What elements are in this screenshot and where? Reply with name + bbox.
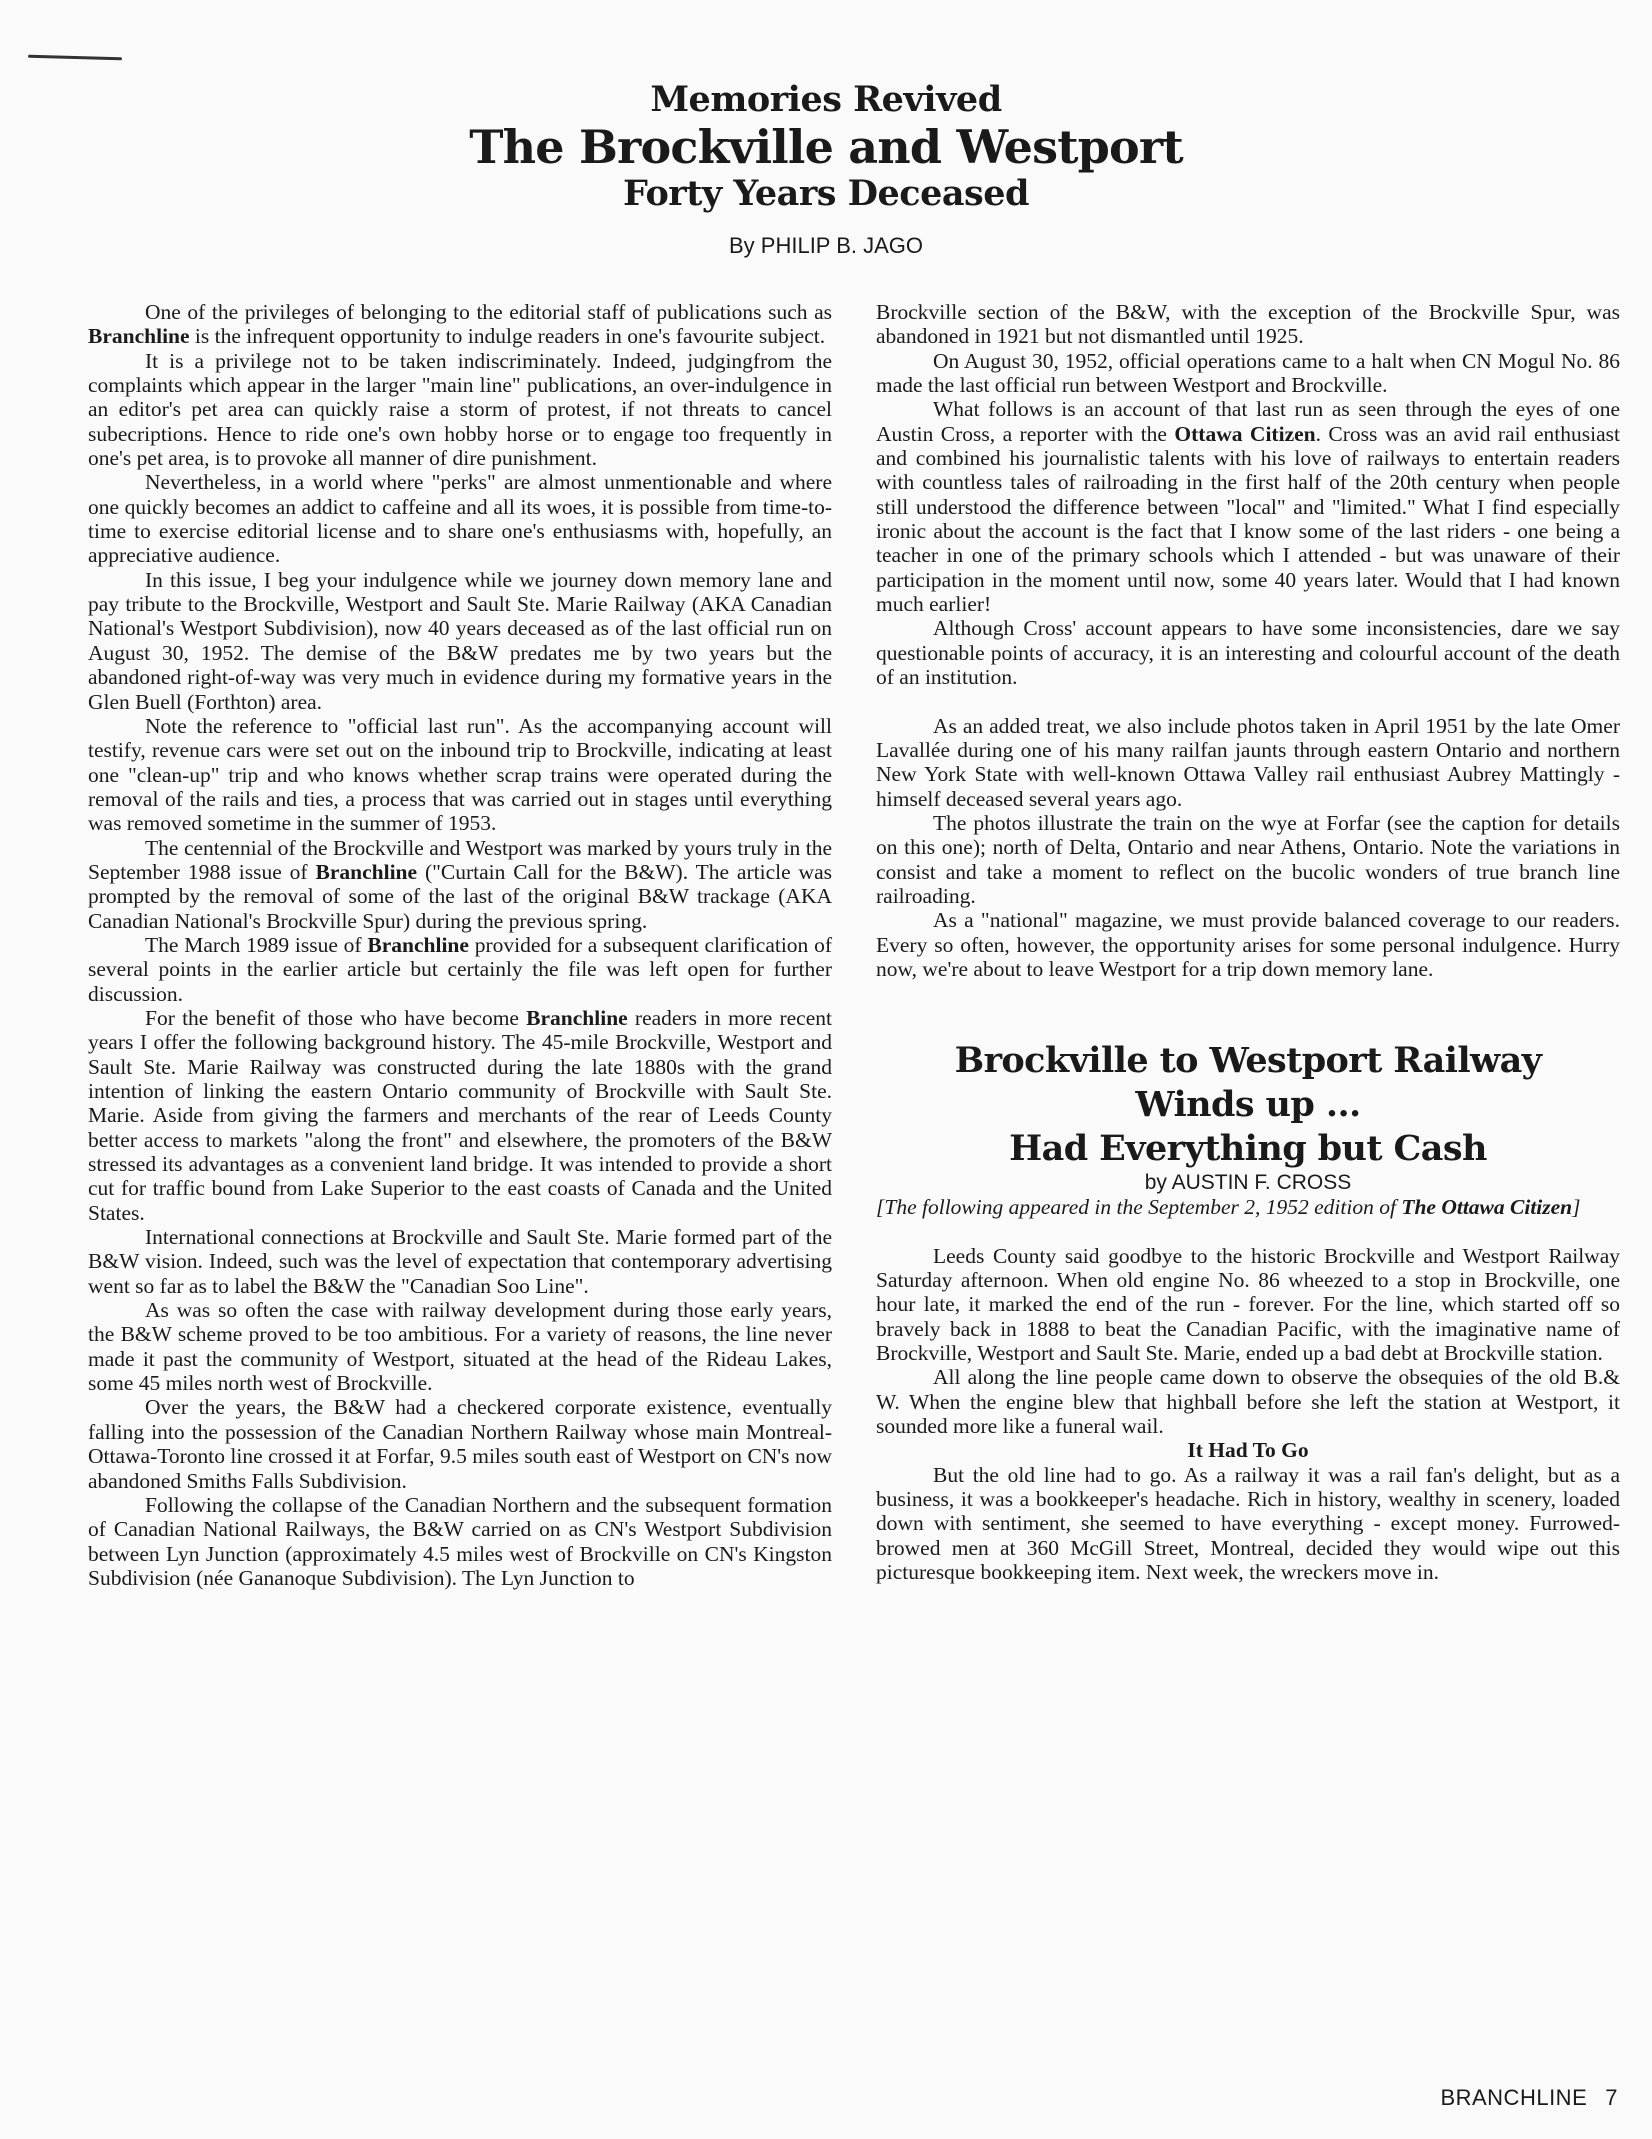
page-number: 7 — [1605, 2085, 1618, 2110]
reprint-title-line-2: Winds up ... — [876, 1083, 1620, 1127]
paragraph: Although Cross' account appears to have … — [876, 616, 1620, 689]
publication-title: Ottawa Citizen — [1174, 422, 1315, 446]
paragraph: As was so often the case with railway de… — [88, 1298, 832, 1395]
article-title: The Brockville and Westport — [0, 122, 1652, 172]
reprint-source-note: [The following appeared in the September… — [876, 1195, 1620, 1219]
paragraph: Over the years, the B&W had a checkered … — [88, 1395, 832, 1492]
paragraph-continued: Brockville section of the B&W, with the … — [876, 300, 1620, 349]
page-footer: BRANCHLINE7 — [1440, 2085, 1618, 2111]
left-column: One of the privileges of belonging to th… — [88, 300, 832, 1590]
paragraph: Nevertheless, in a world where "perks" a… — [88, 470, 832, 567]
paragraph: It is a privilege not to be taken indisc… — [88, 349, 832, 471]
note-bracket: ] — [1572, 1195, 1580, 1219]
section-heading: It Had To Go — [876, 1438, 1620, 1462]
paragraph: The photos illustrate the train on the w… — [876, 811, 1620, 908]
paragraph: For the benefit of those who have become… — [88, 1006, 832, 1225]
publication-name: BRANCHLINE — [1440, 2085, 1587, 2110]
article-header: Memories Revived The Brockville and West… — [0, 78, 1652, 260]
publication-title: Branchline — [88, 324, 190, 348]
paragraph: But the old line had to go. As a railway… — [876, 1463, 1620, 1585]
paragraph: Leeds County said goodbye to the histori… — [876, 1244, 1620, 1366]
paragraph: Note the reference to "official last run… — [88, 714, 832, 836]
publication-title: Branchline — [367, 933, 469, 957]
paragraph: The centennial of the Brockville and Wes… — [88, 836, 832, 933]
reprint-byline: by AUSTIN F. CROSS — [876, 1171, 1620, 1195]
paragraph: The March 1989 issue of Branchline provi… — [88, 933, 832, 1006]
article-byline: By PHILIP B. JAGO — [0, 232, 1652, 260]
spacer — [876, 690, 1620, 714]
paragraph: What follows is an account of that last … — [876, 397, 1620, 616]
spacer — [876, 1220, 1620, 1244]
paragraph: As an added treat, we also include photo… — [876, 714, 1620, 811]
paragraph: As a "national" magazine, we must provid… — [876, 908, 1620, 981]
paragraph: On August 30, 1952, official operations … — [876, 349, 1620, 398]
publication-title: Branchline — [316, 860, 418, 884]
article-kicker: Memories Revived — [0, 78, 1652, 122]
note-source: The Ottawa Citizen — [1401, 1195, 1572, 1219]
paragraph: In this issue, I beg your indulgence whi… — [88, 568, 832, 714]
paragraph: All along the line people came down to o… — [876, 1365, 1620, 1438]
publication-title: Branchline — [526, 1006, 628, 1030]
right-column: Brockville section of the B&W, with the … — [876, 300, 1620, 1584]
reprint-header: Brockville to Westport Railway Winds up … — [876, 1039, 1620, 1195]
article-subtitle: Forty Years Deceased — [0, 172, 1652, 216]
reprint-title-line-1: Brockville to Westport Railway — [876, 1039, 1620, 1083]
note-text: [The following appeared in the September… — [876, 1195, 1401, 1219]
scan-mark — [28, 55, 122, 60]
paragraph: One of the privileges of belonging to th… — [88, 300, 832, 349]
paragraph: International connections at Brockville … — [88, 1225, 832, 1298]
reprint-title-line-3: Had Everything but Cash — [876, 1127, 1620, 1171]
paragraph: Following the collapse of the Canadian N… — [88, 1493, 832, 1590]
